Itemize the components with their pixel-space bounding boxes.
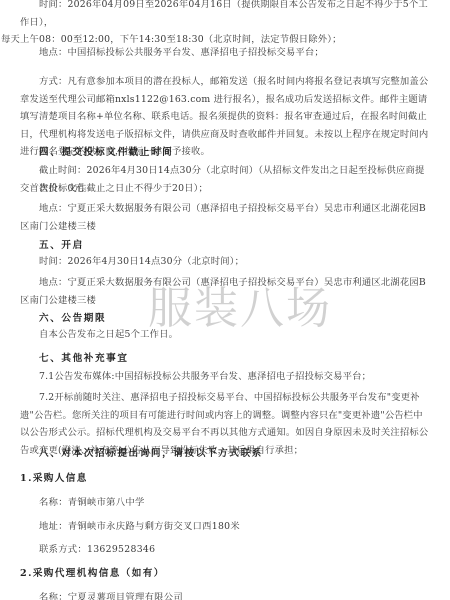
section6-text: 自本公告发布之日起5个工作日。 [20,326,432,344]
purchaser-contact: 联系方式：13629528346 [39,541,155,555]
section4-location: 地点：宁夏正采大数据服务有限公司（惠泽招电子招投标交易平台）吴忠市利通区北湖花园… [20,200,432,235]
section5-location: 地点：宁夏正采大数据服务有限公司（惠泽招电子招投标交易平台）吴忠市利通区北湖花园… [20,274,432,309]
section7-heading: 七、其他补充事宜 [39,350,129,364]
section5-time: 时间：2026年4月30日14点30分（北京时间）； [20,253,432,271]
purchaser-heading: 1.采购人信息 [20,470,88,484]
agency-name: 名称：宁夏灵薯项目管理有限公司 [39,589,183,600]
section8-heading: 八、对本次招标提出询问，请按以下方式联系 [39,445,263,459]
purchaser-address: 地址：青铜峡市永庆路与剩方街交叉口西180米 [39,518,240,532]
purchaser-name: 名称：青铜峡市第八中学 [39,494,145,508]
section4-deadline: 截止时间：2026年4月30日14点30分（北京时间）（从招标文件发出之日起至投… [20,162,432,197]
section5-heading: 五、开启 [39,237,84,251]
registration-time-line1: 时间：2026年04月09日至2026年04月16日（提供期限自本公告发布之日起… [20,0,428,28]
section4-heading: 四、提交投标文件截止时间 [39,144,173,158]
registration-location: 地点：中国招标投标公共服务平台发、惠泽招电子招投标交易平台； [20,44,432,62]
agency-heading: 2.采购代理机构信息（如有） [20,565,165,579]
registration-time: 时间：2026年04月09日至2026年04月16日（提供期限自本公告发布之日起… [20,0,432,49]
section6-heading: 六、公告期限 [39,310,106,324]
section7-item1: 7.1公告发布媒体:中国招标投标公共服务平台发、惠泽招电子招投标交易平台； [20,368,432,386]
